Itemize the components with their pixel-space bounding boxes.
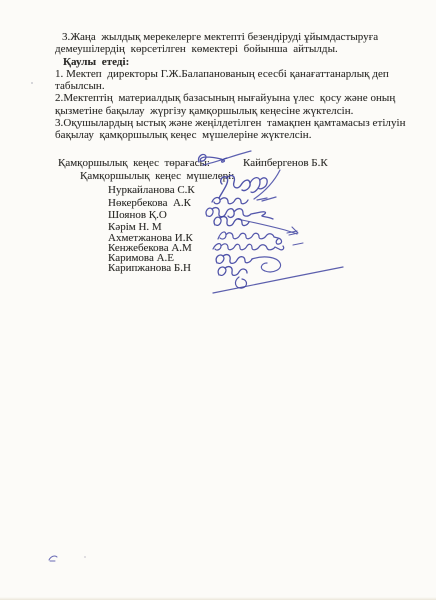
signature-kaipbergenov	[193, 149, 255, 167]
pen-mark	[46, 551, 64, 563]
member-name: Карипжанова Б.Н	[108, 262, 191, 274]
decision-item-1: 1. Мектеп директоры Г.Ж.Балапанованың ес…	[55, 68, 407, 93]
resolution-text-block: 3.Жаңа жылдық мерекелерге мектепті безен…	[55, 31, 407, 142]
decision-item-2: 2.Мектептің материалдық базасының нығайу…	[55, 92, 407, 117]
signature-karipzhanova	[209, 263, 349, 295]
member-name: Нуркайланова С.К	[108, 184, 195, 196]
agenda-item-3-paragraph: 3.Жаңа жылдық мерекелерге мектепті безен…	[55, 31, 407, 56]
decision-heading: Қаулы етеді:	[55, 56, 407, 68]
document-page: 3.Жаңа жылдық мерекелерге мектепті безен…	[0, 0, 436, 600]
member-name: Нөкербекова А.К	[108, 197, 191, 209]
chairman-label: Қамқоршылық кеңес төрағасы:	[58, 157, 210, 169]
member-name: Шоянов Қ.О	[108, 209, 167, 221]
scan-speck	[84, 556, 86, 558]
decision-item-3: 3.Оқушылардың ыстық және жеңілдетілген т…	[55, 117, 407, 142]
scan-speck	[31, 82, 33, 84]
